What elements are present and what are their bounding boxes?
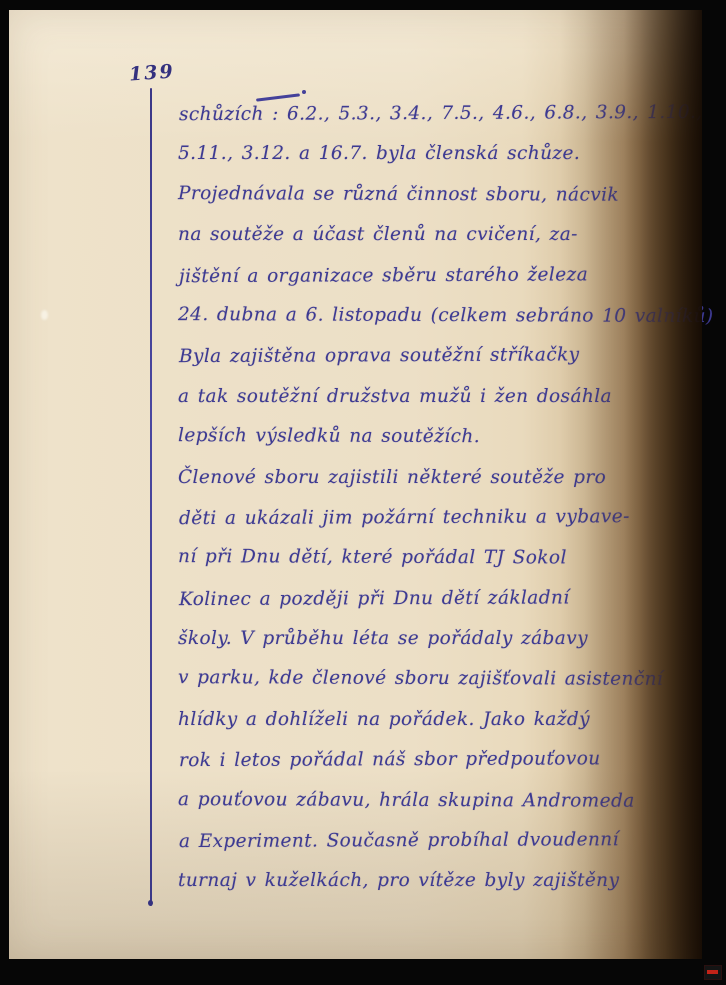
text-line: hlídky a dohlíželi na pořádek. Jako každ…	[178, 709, 694, 749]
text-line: Kolinec a později při Dnu dětí základní	[179, 587, 695, 630]
text-line: schůzích : 6.2., 5.3., 3.4., 7.5., 4.6.,…	[179, 102, 695, 145]
scan-speck	[41, 310, 48, 320]
text-line: Projednávala se různá činnost sboru, nác…	[178, 183, 694, 225]
margin-rule-end-dot	[148, 900, 153, 906]
text-line: v parku, kde členové sboru zajišťovali a…	[178, 668, 694, 710]
scan-corner-artifact-red-bar	[707, 970, 718, 974]
text-line: 5.11., 3.12. a 16.7. byla členská schůze…	[178, 143, 694, 183]
text-line: na soutěže a účast členů na cvičení, za-	[178, 224, 694, 264]
handwritten-text-block: schůzích : 6.2., 5.3., 3.4., 7.5., 4.6.,…	[178, 103, 694, 911]
page-number: 139	[128, 60, 175, 85]
text-line: a pouťovou zábavu, hrála skupina Androme…	[178, 789, 694, 831]
text-line: děti a ukázali jim požární techniku a vy…	[179, 506, 695, 549]
text-line: a tak soutěžní družstva mužů i žen dosáh…	[178, 386, 694, 426]
ink-dash-dot	[302, 90, 306, 94]
text-line: Členové sboru zajistili některé soutěže …	[178, 467, 694, 507]
text-line: 24. dubna a 6. listopadu (celkem sebráno…	[178, 304, 694, 346]
margin-rule-line	[150, 88, 152, 906]
text-line: turnaj v kuželkách, pro vítěze byly zaji…	[178, 870, 694, 910]
text-line: ní při Dnu dětí, které pořádal TJ Sokol	[178, 546, 694, 588]
scan-corner-artifact	[704, 965, 722, 980]
text-line: Byla zajištěna oprava soutěžní stříkačky	[179, 344, 695, 387]
text-line: a Experiment. Současně probíhal dvoudenn…	[179, 829, 695, 872]
text-line: rok i letos pořádal náš sbor předpouťovo…	[179, 748, 695, 791]
text-line: lepších výsledků na soutěžích.	[178, 425, 694, 467]
text-line: jištění a organizace sběru starého želez…	[179, 263, 695, 306]
text-line: školy. V průběhu léta se pořádaly zábavy	[178, 628, 694, 668]
